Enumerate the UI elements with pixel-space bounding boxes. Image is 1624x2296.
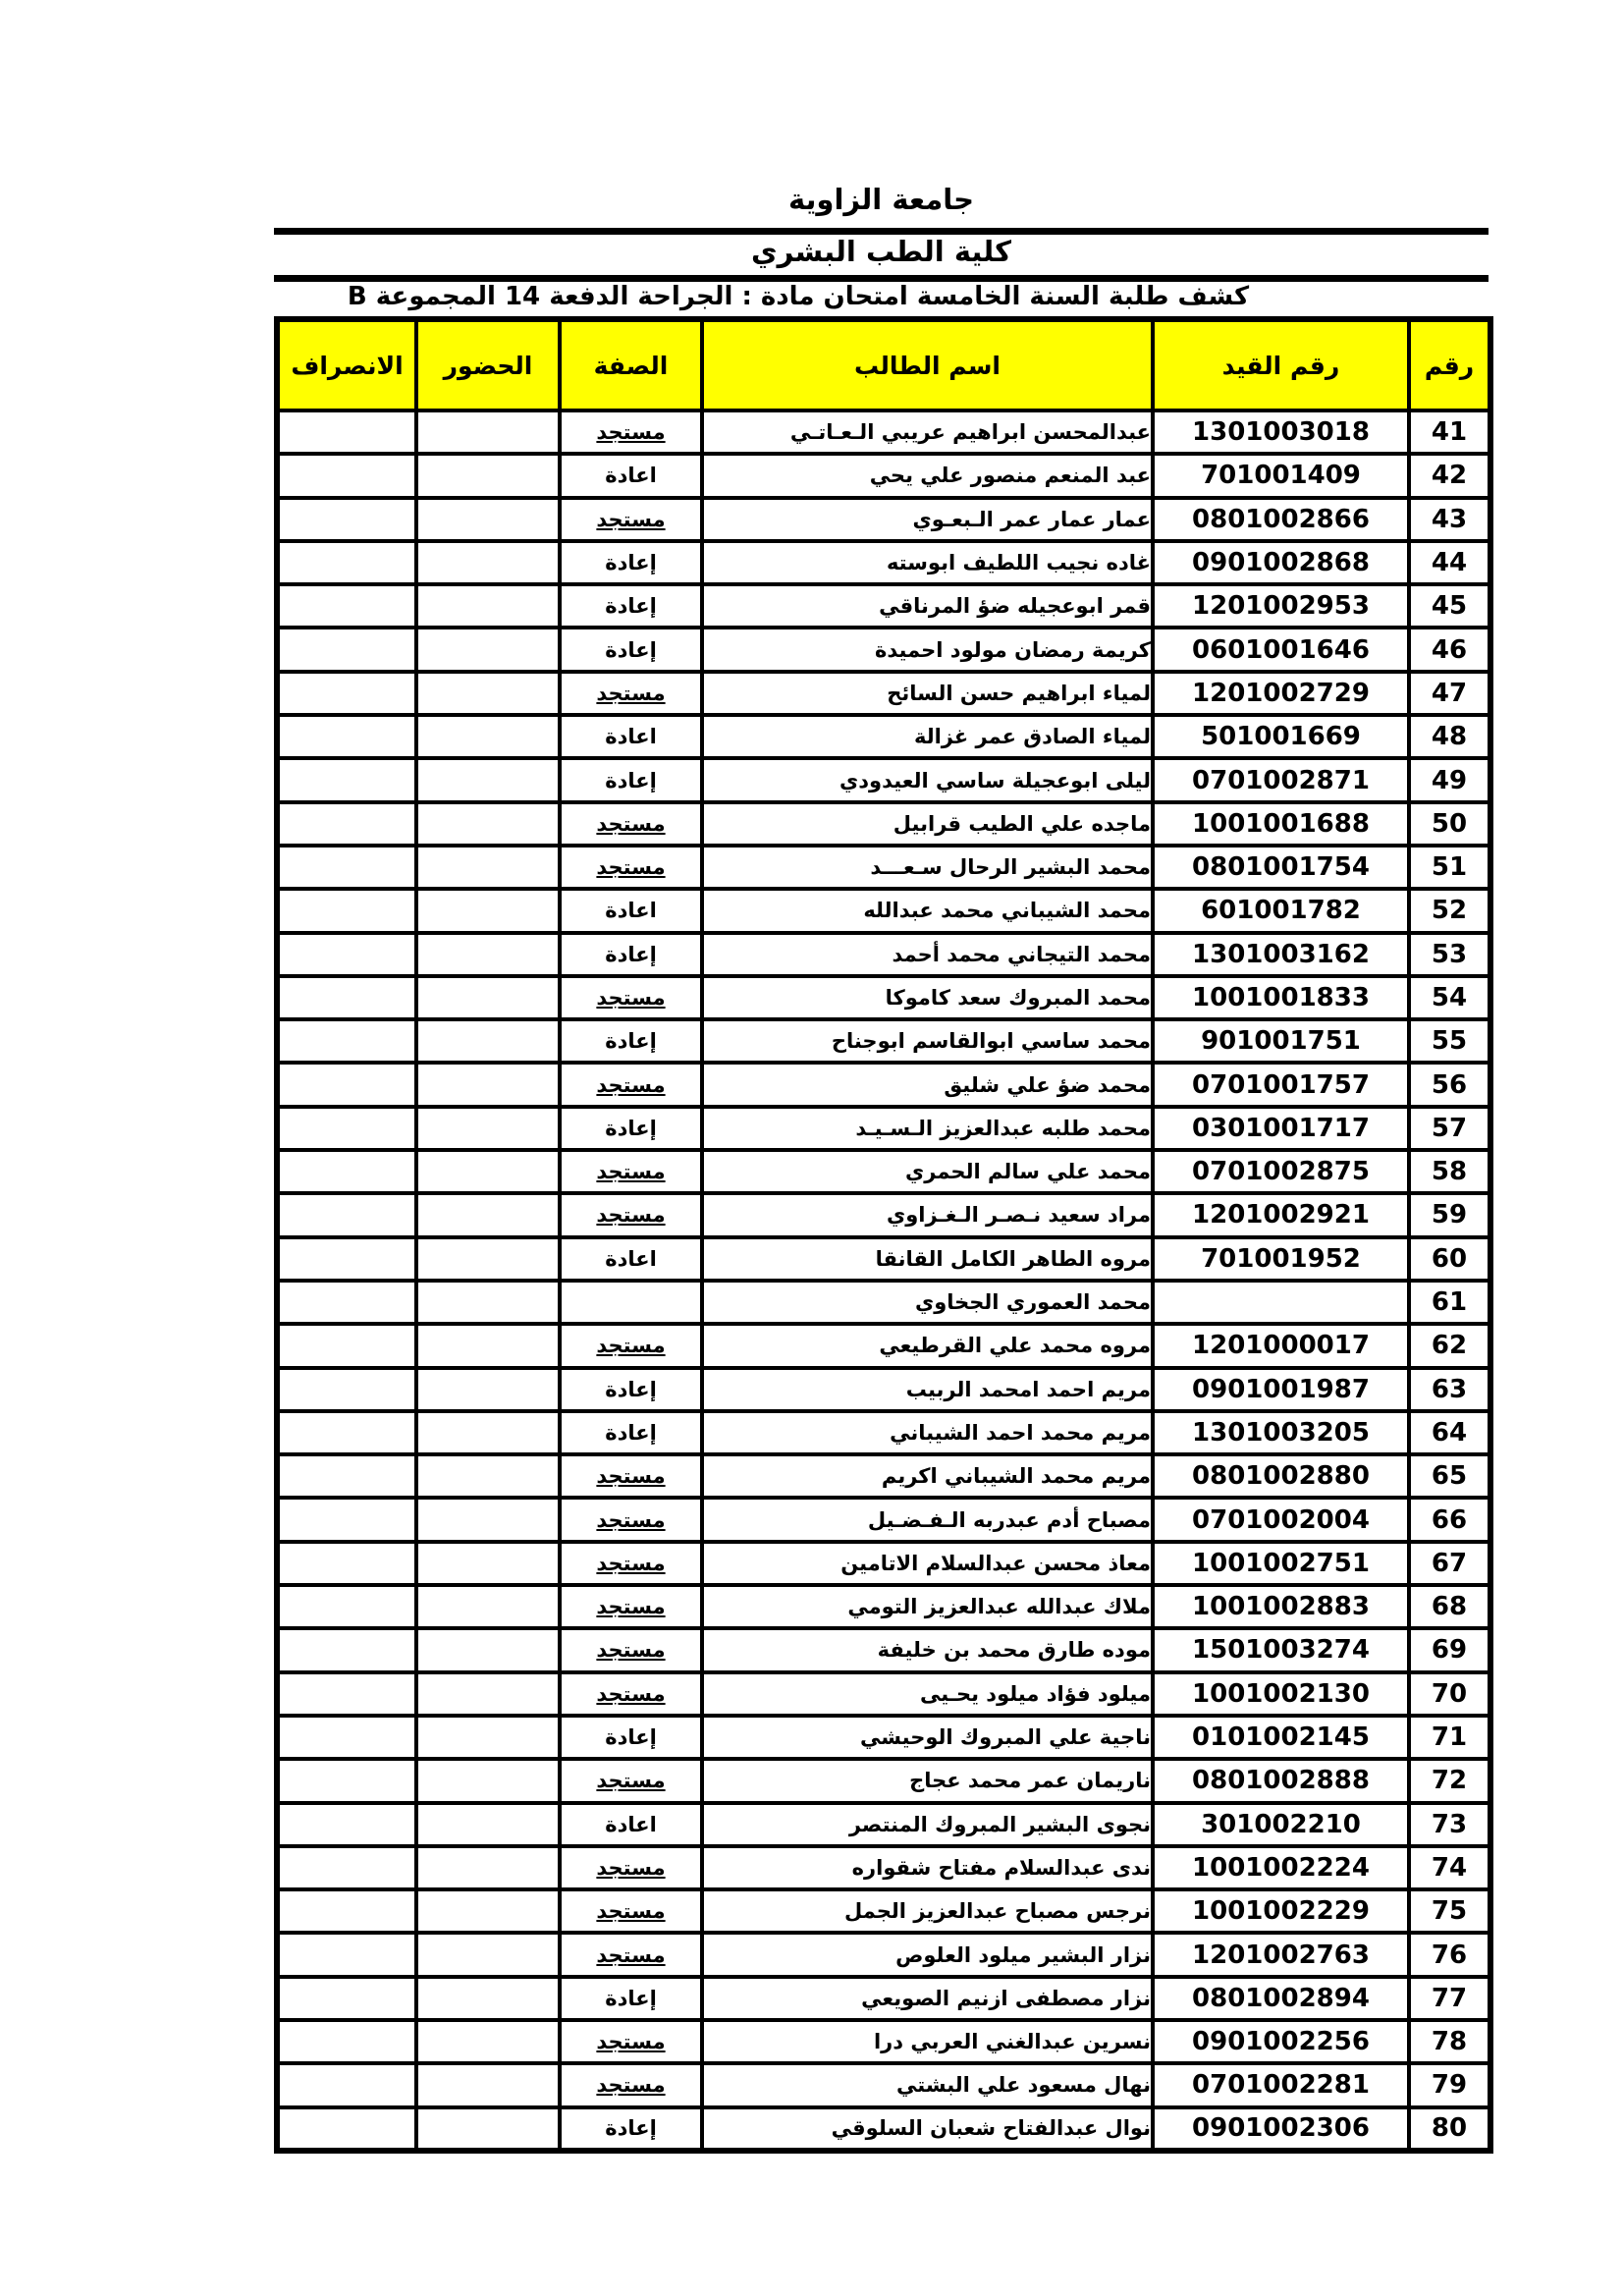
table-header-row: رقم رقم القيد اسم الطالب الصفة الحضور ال… (277, 319, 1490, 410)
departure-cell (277, 1281, 416, 1324)
status-cell: مستجد (560, 1759, 702, 1802)
departure-cell (277, 1324, 416, 1367)
student-name-cell: نرجس مصباح عبدالعزيز الجمل (702, 1889, 1153, 1933)
sheet-subtitle: كشف طلبة السنة الخامسة امتحان مادة : الج… (191, 282, 1405, 311)
attendance-cell (416, 1542, 560, 1585)
status-cell: مستجد (560, 1324, 702, 1367)
registration-number-cell: 0701002871 (1153, 758, 1409, 801)
registration-number-cell: 1001002883 (1153, 1585, 1409, 1628)
attendance-cell (416, 846, 560, 889)
registration-number-cell: 301002210 (1153, 1803, 1409, 1846)
attendance-cell (416, 1846, 560, 1889)
departure-cell (277, 1803, 416, 1846)
attendance-cell (416, 2020, 560, 2063)
student-name-cell: مريم محمد الشيباني اكريم (702, 1454, 1153, 1498)
registration-number-cell (1153, 1281, 1409, 1324)
table-row: 490701002871ليلى ابوعجيلة ساسي العيدوديإ… (277, 758, 1490, 801)
status-cell: مستجد (560, 1628, 702, 1671)
student-table-body: 411301003018عبدالمحسن ابراهيم عريبي الـع… (277, 410, 1490, 2151)
column-header-student-name: اسم الطالب (702, 319, 1153, 410)
student-name-cell: عمار عمار عمر الـبعـوي (702, 498, 1153, 541)
row-number-cell: 63 (1409, 1368, 1490, 1411)
registration-number-cell: 1301003162 (1153, 933, 1409, 976)
row-number-cell: 66 (1409, 1498, 1490, 1541)
status-cell: اعادة (560, 889, 702, 932)
row-number-cell: 62 (1409, 1324, 1490, 1367)
column-header-status: الصفة (560, 319, 702, 410)
row-number-cell: 78 (1409, 2020, 1490, 2063)
registration-number-cell: 601001782 (1153, 889, 1409, 932)
column-header-row-number: رقم (1409, 319, 1490, 410)
attendance-cell (416, 1454, 560, 1498)
student-name-cell: ناريمان عمر محمد عجاج (702, 1759, 1153, 1802)
student-name-cell: ندى عبدالسلام مفتاح شقواره (702, 1846, 1153, 1889)
table-row: 42701001409عبد المنعم منصور علي يحياعادة (277, 454, 1490, 497)
attendance-cell (416, 1889, 560, 1933)
table-row: 531301003162محمد التيجاني محمد أحمدإعادة (277, 933, 1490, 976)
attendance-cell (416, 1628, 560, 1671)
attendance-cell (416, 541, 560, 584)
departure-cell (277, 1237, 416, 1281)
row-number-cell: 56 (1409, 1063, 1490, 1106)
departure-cell (277, 976, 416, 1019)
registration-number-cell: 0701002004 (1153, 1498, 1409, 1541)
table-row: 751001002229نرجس مصباح عبدالعزيز الجملمس… (277, 1889, 1490, 1933)
title-divider-top (274, 228, 1489, 235)
student-name-cell: مصباح أدم عبدربه الـفـضـيل (702, 1498, 1153, 1541)
registration-number-cell: 901001751 (1153, 1019, 1409, 1063)
status-cell: مستجد (560, 1150, 702, 1193)
attendance-cell (416, 1237, 560, 1281)
status-cell: مستجد (560, 1498, 702, 1541)
column-header-attendance: الحضور (416, 319, 560, 410)
status-cell: إعادة (560, 628, 702, 671)
registration-number-cell: 0801001754 (1153, 846, 1409, 889)
student-name-cell: مروه محمد علي القرطيعي (702, 1324, 1153, 1367)
student-roster-table: رقم رقم القيد اسم الطالب الصفة الحضور ال… (274, 316, 1493, 2154)
table-row: 660701002004مصباح أدم عبدربه الـفـضـيلمس… (277, 1498, 1490, 1541)
table-row: 570301001717محمد طلبه عبدالعزيز الـسـيـد… (277, 1107, 1490, 1150)
registration-number-cell: 1001001833 (1153, 976, 1409, 1019)
table-row: 671001002751معاذ محسن عبدالسلام الاتامين… (277, 1542, 1490, 1585)
row-number-cell: 65 (1409, 1454, 1490, 1498)
attendance-cell (416, 933, 560, 976)
attendance-cell (416, 1585, 560, 1628)
row-number-cell: 50 (1409, 802, 1490, 846)
row-number-cell: 70 (1409, 1672, 1490, 1716)
row-number-cell: 75 (1409, 1889, 1490, 1933)
attendance-cell (416, 1063, 560, 1106)
student-name-cell: نسرين عبدالغني العربي درا (702, 2020, 1153, 2063)
registration-number-cell: 701001952 (1153, 1237, 1409, 1281)
status-cell: مستجد (560, 802, 702, 846)
departure-cell (277, 1368, 416, 1411)
status-cell: مستجد (560, 1193, 702, 1236)
table-row: 790701002281نهال مسعود علي البشتيمستجد (277, 2063, 1490, 2106)
registration-number-cell: 0801002888 (1153, 1759, 1409, 1802)
table-row: 430801002866عمار عمار عمر الـبعـويمستجد (277, 498, 1490, 541)
student-name-cell: محمد الشيباني محمد عبدالله (702, 889, 1153, 932)
registration-number-cell: 0901001987 (1153, 1368, 1409, 1411)
attendance-cell (416, 1759, 560, 1802)
status-cell: إعادة (560, 758, 702, 801)
status-cell: مستجد (560, 976, 702, 1019)
table-row: 73301002210نجوى البشير المبروك المنتصراع… (277, 1803, 1490, 1846)
attendance-cell (416, 802, 560, 846)
student-name-cell: مريم احمد امحمد الربيب (702, 1368, 1153, 1411)
attendance-cell (416, 1368, 560, 1411)
departure-cell (277, 933, 416, 976)
status-cell: مستجد (560, 1889, 702, 1933)
row-number-cell: 57 (1409, 1107, 1490, 1150)
row-number-cell: 42 (1409, 454, 1490, 497)
row-number-cell: 48 (1409, 715, 1490, 758)
status-cell: إعادة (560, 1019, 702, 1063)
departure-cell (277, 1977, 416, 2020)
table-row: 770801002894نزار مصطفى ازنيم الصويعيإعاد… (277, 1977, 1490, 2020)
departure-cell (277, 802, 416, 846)
row-number-cell: 52 (1409, 889, 1490, 932)
registration-number-cell: 1201000017 (1153, 1324, 1409, 1367)
attendance-cell (416, 410, 560, 454)
student-name-cell: نهال مسعود علي البشتي (702, 2063, 1153, 2106)
table-row: 60701001952مروه الطاهر الكامل القانقااعا… (277, 1237, 1490, 1281)
departure-cell (277, 1585, 416, 1628)
status-cell: مستجد (560, 1063, 702, 1106)
attendance-cell (416, 498, 560, 541)
table-row: 541001001833محمد المبروك سعد كاموكامستجد (277, 976, 1490, 1019)
row-number-cell: 69 (1409, 1628, 1490, 1671)
row-number-cell: 72 (1409, 1759, 1490, 1802)
attendance-cell (416, 1411, 560, 1454)
registration-number-cell: 1001002130 (1153, 1672, 1409, 1716)
registration-number-cell: 0601001646 (1153, 628, 1409, 671)
student-name-cell: مراد سعيد نـصـر الـغـزاوي (702, 1193, 1153, 1236)
registration-number-cell: 0801002866 (1153, 498, 1409, 541)
table-row: 691501003274موده طارق محمد بن خليفةمستجد (277, 1628, 1490, 1671)
table-row: 460601001646كريمة رمضان مولود احميدةإعاد… (277, 628, 1490, 671)
registration-number-cell: 0101002145 (1153, 1716, 1409, 1759)
status-cell: إعادة (560, 1107, 702, 1150)
table-row: 650801002880مريم محمد الشيباني اكريممستج… (277, 1454, 1490, 1498)
departure-cell (277, 1150, 416, 1193)
registration-number-cell: 701001409 (1153, 454, 1409, 497)
table-row: 621201000017مروه محمد علي القرطيعيمستجد (277, 1324, 1490, 1367)
table-row: 510801001754محمد البشير الرحال سـعـــدمس… (277, 846, 1490, 889)
student-name-cell: ماجده علي الطيب قرابيل (702, 802, 1153, 846)
registration-number-cell: 501001669 (1153, 715, 1409, 758)
row-number-cell: 45 (1409, 584, 1490, 628)
row-number-cell: 60 (1409, 1237, 1490, 1281)
student-name-cell: ناجية علي المبروك الوحيشي (702, 1716, 1153, 1759)
departure-cell (277, 2063, 416, 2106)
row-number-cell: 51 (1409, 846, 1490, 889)
departure-cell (277, 1628, 416, 1671)
attendance-cell (416, 1193, 560, 1236)
registration-number-cell: 1301003018 (1153, 410, 1409, 454)
row-number-cell: 55 (1409, 1019, 1490, 1063)
title-divider-bottom (274, 275, 1489, 282)
row-number-cell: 74 (1409, 1846, 1490, 1889)
registration-number-cell: 0901002306 (1153, 2107, 1409, 2151)
student-name-cell: نزار البشير ميلود العلوص (702, 1933, 1153, 1976)
registration-number-cell: 1201002953 (1153, 584, 1409, 628)
table-row: 681001002883ملاك عبدالله عبدالعزيز التوم… (277, 1585, 1490, 1628)
status-cell: إعادة (560, 541, 702, 584)
status-cell: مستجد (560, 1585, 702, 1628)
table-row: 560701001757محمد ضؤ علي شليقمستجد (277, 1063, 1490, 1106)
departure-cell (277, 1498, 416, 1541)
table-row: 580701002875محمد علي سالم الحمريمستجد (277, 1150, 1490, 1193)
student-name-cell: ليلى ابوعجيلة ساسي العيدودي (702, 758, 1153, 801)
row-number-cell: 71 (1409, 1716, 1490, 1759)
departure-cell (277, 498, 416, 541)
registration-number-cell: 1001001688 (1153, 802, 1409, 846)
registration-number-cell: 1201002921 (1153, 1193, 1409, 1236)
table-row: 630901001987مريم احمد امحمد الربيبإعادة (277, 1368, 1490, 1411)
faculty-title: كلية الطب البشري (274, 235, 1489, 269)
status-cell: مستجد (560, 2063, 702, 2106)
status-cell: اعادة (560, 1237, 702, 1281)
student-name-cell: مريم محمد احمد الشيباني (702, 1411, 1153, 1454)
row-number-cell: 49 (1409, 758, 1490, 801)
departure-cell (277, 584, 416, 628)
status-cell: إعادة (560, 933, 702, 976)
status-cell: مستجد (560, 1846, 702, 1889)
registration-number-cell: 0701002875 (1153, 1150, 1409, 1193)
attendance-cell (416, 976, 560, 1019)
table-row: 52601001782محمد الشيباني محمد عبداللهاعا… (277, 889, 1490, 932)
status-cell: إعادة (560, 584, 702, 628)
student-name-cell: لمياء ابراهيم حسن السائح (702, 672, 1153, 715)
row-number-cell: 41 (1409, 410, 1490, 454)
table-row: 710101002145ناجية علي المبروك الوحيشيإعا… (277, 1716, 1490, 1759)
attendance-cell (416, 715, 560, 758)
departure-cell (277, 1542, 416, 1585)
row-number-cell: 64 (1409, 1411, 1490, 1454)
table-row: 741001002224ندى عبدالسلام مفتاح شقوارهمس… (277, 1846, 1490, 1889)
table-row: 61محمد العموري الجخاوي (277, 1281, 1490, 1324)
student-name-cell: محمد علي سالم الحمري (702, 1150, 1153, 1193)
table-row: 701001002130ميلود فؤاد ميلود يحـيىمستجد (277, 1672, 1490, 1716)
attendance-cell (416, 2107, 560, 2151)
departure-cell (277, 889, 416, 932)
departure-cell (277, 1063, 416, 1106)
row-number-cell: 80 (1409, 2107, 1490, 2151)
status-cell: إعادة (560, 1411, 702, 1454)
status-cell: إعادة (560, 2107, 702, 2151)
departure-cell (277, 454, 416, 497)
registration-number-cell: 1001002751 (1153, 1542, 1409, 1585)
attendance-cell (416, 1107, 560, 1150)
student-name-cell: ملاك عبدالله عبدالعزيز التومي (702, 1585, 1153, 1628)
row-number-cell: 68 (1409, 1585, 1490, 1628)
attendance-cell (416, 1150, 560, 1193)
student-name-cell: كريمة رمضان مولود احميدة (702, 628, 1153, 671)
table-row: 780901002256نسرين عبدالغني العربي درامست… (277, 2020, 1490, 2063)
departure-cell (277, 672, 416, 715)
attendance-cell (416, 1803, 560, 1846)
registration-number-cell: 0801002894 (1153, 1977, 1409, 2020)
registration-number-cell: 0701001757 (1153, 1063, 1409, 1106)
row-number-cell: 54 (1409, 976, 1490, 1019)
row-number-cell: 44 (1409, 541, 1490, 584)
registration-number-cell: 1501003274 (1153, 1628, 1409, 1671)
status-cell: مستجد (560, 1454, 702, 1498)
table-row: 440901002868غاده نجيب اللطيف ابوستهإعادة (277, 541, 1490, 584)
status-cell: مستجد (560, 846, 702, 889)
student-name-cell: ميلود فؤاد ميلود يحـيى (702, 1672, 1153, 1716)
student-name-cell: معاذ محسن عبدالسلام الاتامين (702, 1542, 1153, 1585)
status-cell: إعادة (560, 1368, 702, 1411)
student-name-cell: نجوى البشير المبروك المنتصر (702, 1803, 1153, 1846)
attendance-cell (416, 1498, 560, 1541)
status-cell: اعادة (560, 715, 702, 758)
registration-number-cell: 1201002763 (1153, 1933, 1409, 1976)
student-name-cell: قمر ابوعجيله ضؤ المرناقي (702, 584, 1153, 628)
registration-number-cell: 0701002281 (1153, 2063, 1409, 2106)
status-cell: إعادة (560, 1977, 702, 2020)
table-row: 761201002763نزار البشير ميلود العلوصمستج… (277, 1933, 1490, 1976)
registration-number-cell: 1001002224 (1153, 1846, 1409, 1889)
row-number-cell: 67 (1409, 1542, 1490, 1585)
status-cell: مستجد (560, 498, 702, 541)
row-number-cell: 46 (1409, 628, 1490, 671)
status-cell: مستجد (560, 672, 702, 715)
attendance-cell (416, 1019, 560, 1063)
table-row: 55901001751محمد ساسي ابوالقاسم ابوجناحإع… (277, 1019, 1490, 1063)
attendance-cell (416, 672, 560, 715)
departure-cell (277, 1889, 416, 1933)
university-title: جامعة الزاوية (274, 183, 1489, 217)
attendance-cell (416, 1933, 560, 1976)
departure-cell (277, 1759, 416, 1802)
student-name-cell: محمد طلبه عبدالعزيز الـسـيـد (702, 1107, 1153, 1150)
student-name-cell: محمد التيجاني محمد أحمد (702, 933, 1153, 976)
student-name-cell: موده طارق محمد بن خليفة (702, 1628, 1153, 1671)
status-cell: مستجد (560, 2020, 702, 2063)
departure-cell (277, 1019, 416, 1063)
attendance-cell (416, 584, 560, 628)
status-cell: مستجد (560, 410, 702, 454)
attendance-cell (416, 454, 560, 497)
departure-cell (277, 846, 416, 889)
attendance-cell (416, 2063, 560, 2106)
departure-cell (277, 1716, 416, 1759)
departure-cell (277, 410, 416, 454)
registration-number-cell: 1001002229 (1153, 1889, 1409, 1933)
attendance-cell (416, 628, 560, 671)
row-number-cell: 76 (1409, 1933, 1490, 1976)
attendance-cell (416, 1281, 560, 1324)
departure-cell (277, 1672, 416, 1716)
table-row: 800901002306نوال عبدالفتاح شعبان السلوقي… (277, 2107, 1490, 2151)
departure-cell (277, 1454, 416, 1498)
departure-cell (277, 541, 416, 584)
attendance-cell (416, 1716, 560, 1759)
student-name-cell: مروه الطاهر الكامل القانقا (702, 1237, 1153, 1281)
student-name-cell: محمد العموري الجخاوي (702, 1281, 1153, 1324)
status-cell: اعادة (560, 1803, 702, 1846)
status-cell: إعادة (560, 1716, 702, 1759)
document-page: جامعة الزاوية كلية الطب البشري كشف طلبة … (0, 0, 1624, 2296)
table-row: 591201002921مراد سعيد نـصـر الـغـزاويمست… (277, 1193, 1490, 1236)
departure-cell (277, 1193, 416, 1236)
status-cell: مستجد (560, 1542, 702, 1585)
table-row: 501001001688ماجده علي الطيب قرابيلمستجد (277, 802, 1490, 846)
status-cell: مستجد (560, 1672, 702, 1716)
row-number-cell: 61 (1409, 1281, 1490, 1324)
row-number-cell: 77 (1409, 1977, 1490, 2020)
registration-number-cell: 0901002868 (1153, 541, 1409, 584)
departure-cell (277, 2020, 416, 2063)
column-header-departure: الانصراف (277, 319, 416, 410)
departure-cell (277, 1411, 416, 1454)
table-row: 471201002729لمياء ابراهيم حسن السائحمستج… (277, 672, 1490, 715)
table-row: 451201002953قمر ابوعجيله ضؤ المرناقيإعاد… (277, 584, 1490, 628)
student-name-cell: محمد ساسي ابوالقاسم ابوجناح (702, 1019, 1153, 1063)
table-row: 411301003018عبدالمحسن ابراهيم عريبي الـع… (277, 410, 1490, 454)
attendance-cell (416, 1977, 560, 2020)
row-number-cell: 59 (1409, 1193, 1490, 1236)
row-number-cell: 73 (1409, 1803, 1490, 1846)
departure-cell (277, 1107, 416, 1150)
row-number-cell: 43 (1409, 498, 1490, 541)
row-number-cell: 53 (1409, 933, 1490, 976)
attendance-cell (416, 758, 560, 801)
registration-number-cell: 0901002256 (1153, 2020, 1409, 2063)
row-number-cell: 79 (1409, 2063, 1490, 2106)
student-name-cell: عبد المنعم منصور علي يحي (702, 454, 1153, 497)
student-name-cell: لمياء الصادق عمر غزالة (702, 715, 1153, 758)
table-row: 720801002888ناريمان عمر محمد عجاجمستجد (277, 1759, 1490, 1802)
departure-cell (277, 2107, 416, 2151)
attendance-cell (416, 889, 560, 932)
student-name-cell: محمد ضؤ علي شليق (702, 1063, 1153, 1106)
registration-number-cell: 1301003205 (1153, 1411, 1409, 1454)
departure-cell (277, 715, 416, 758)
status-cell: مستجد (560, 1933, 702, 1976)
student-name-cell: عبدالمحسن ابراهيم عريبي الـعـاتـي (702, 410, 1153, 454)
departure-cell (277, 628, 416, 671)
student-name-cell: محمد البشير الرحال سـعـــد (702, 846, 1153, 889)
registration-number-cell: 1201002729 (1153, 672, 1409, 715)
status-cell (560, 1281, 702, 1324)
departure-cell (277, 1933, 416, 1976)
student-name-cell: محمد المبروك سعد كاموكا (702, 976, 1153, 1019)
attendance-cell (416, 1324, 560, 1367)
departure-cell (277, 758, 416, 801)
column-header-registration: رقم القيد (1153, 319, 1409, 410)
registration-number-cell: 0801002880 (1153, 1454, 1409, 1498)
student-name-cell: نوال عبدالفتاح شعبان السلوقي (702, 2107, 1153, 2151)
row-number-cell: 47 (1409, 672, 1490, 715)
student-name-cell: نزار مصطفى ازنيم الصويعي (702, 1977, 1153, 2020)
registration-number-cell: 0301001717 (1153, 1107, 1409, 1150)
attendance-cell (416, 1672, 560, 1716)
row-number-cell: 58 (1409, 1150, 1490, 1193)
departure-cell (277, 1846, 416, 1889)
status-cell: اعادة (560, 454, 702, 497)
student-name-cell: غاده نجيب اللطيف ابوسته (702, 541, 1153, 584)
table-row: 641301003205مريم محمد احمد الشيبانيإعادة (277, 1411, 1490, 1454)
table-row: 48501001669لمياء الصادق عمر غزالةاعادة (277, 715, 1490, 758)
